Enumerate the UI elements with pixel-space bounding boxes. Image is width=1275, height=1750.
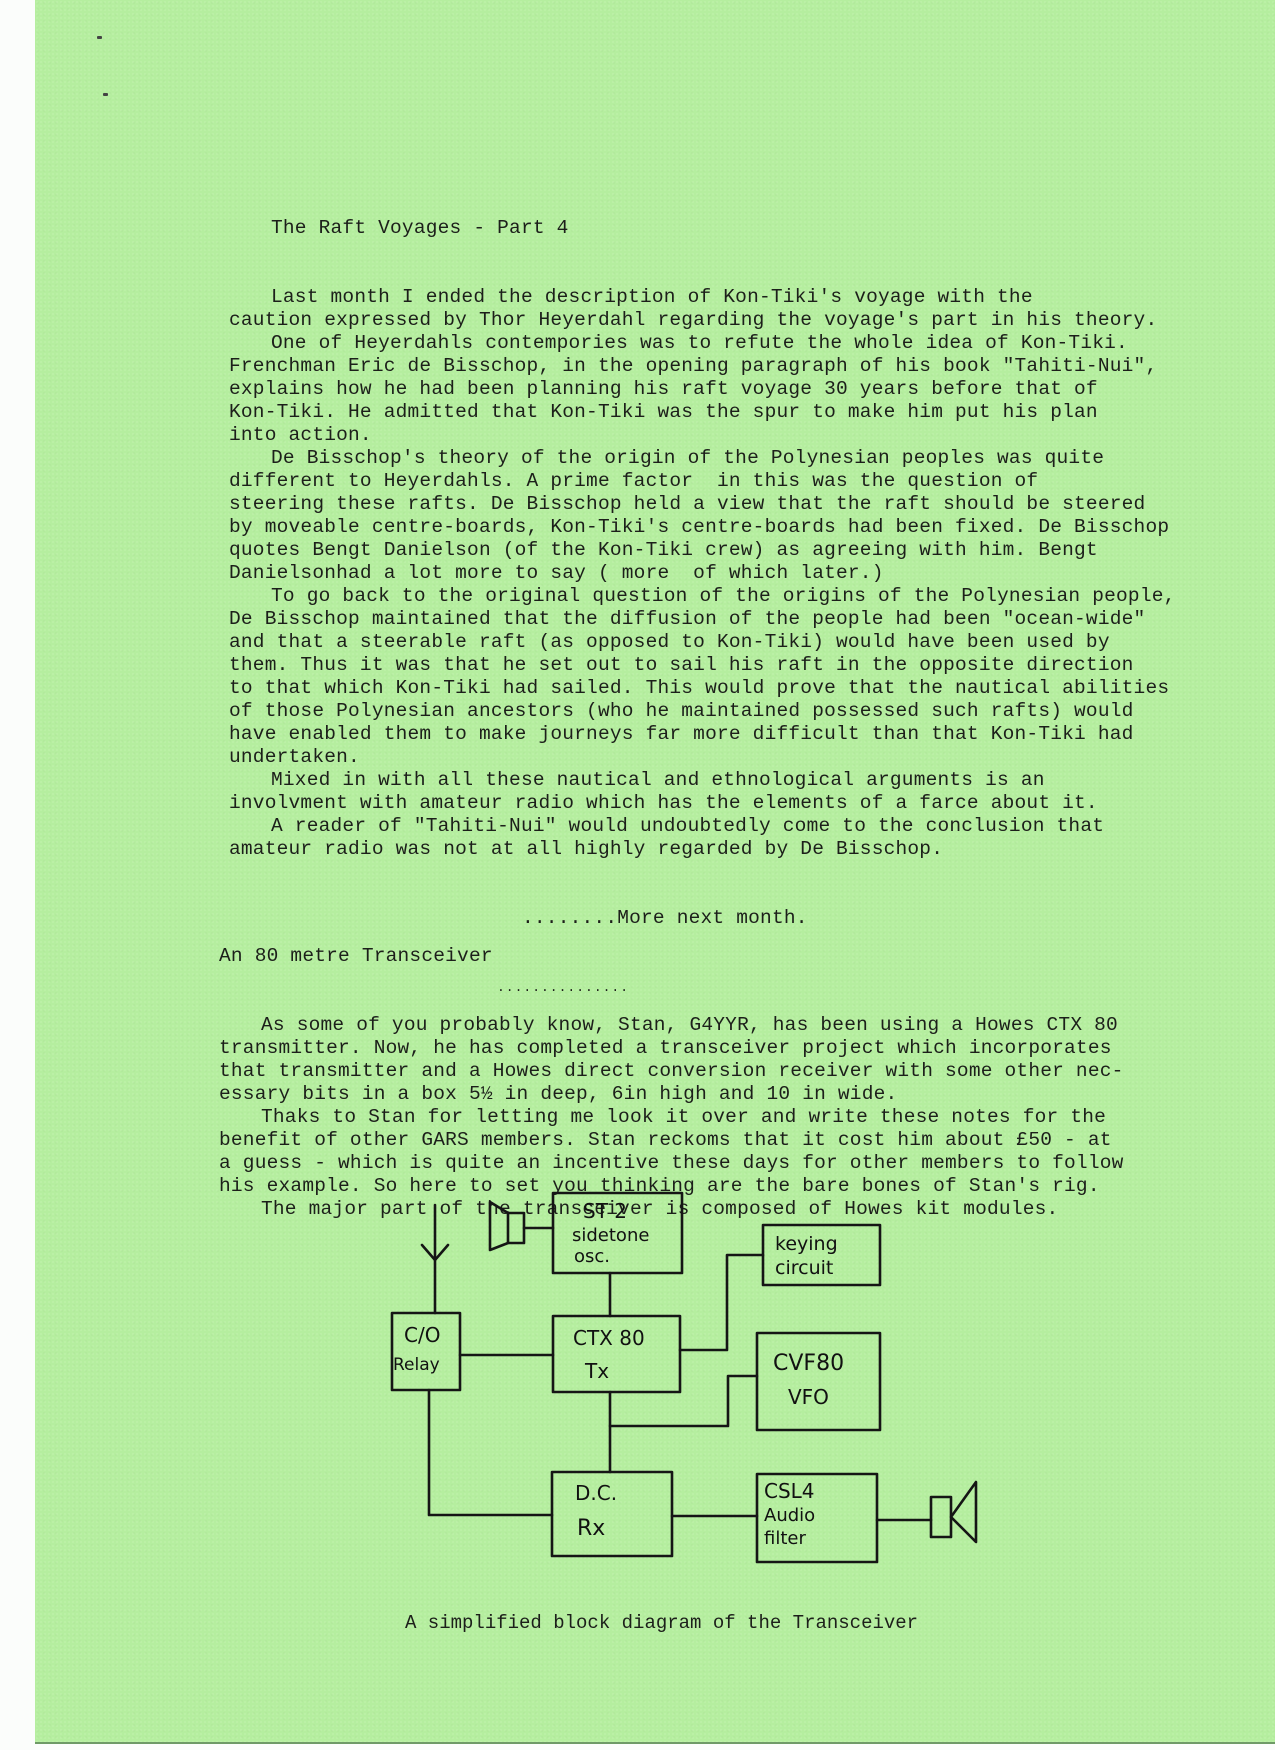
block-label: Tx: [584, 1359, 609, 1383]
antenna-icon: [422, 1205, 448, 1313]
speaker-icon: [490, 1202, 553, 1250]
speaker-icon: [877, 1482, 976, 1542]
block-label: keying: [775, 1233, 838, 1255]
block-label: sidetone: [572, 1225, 649, 1246]
block-label: VFO: [788, 1385, 829, 1409]
block-label: CSL4: [764, 1479, 815, 1503]
block-label: Rx: [577, 1516, 605, 1541]
block-label: CVF80: [773, 1351, 844, 1376]
block-label: C/O: [404, 1323, 440, 1347]
block-label: Audio: [764, 1505, 815, 1526]
block-diagram: ST 2 sidetone osc. keying circuit C/O Re…: [0, 0, 1275, 1750]
block-label: circuit: [775, 1257, 833, 1279]
block-label: filter: [764, 1528, 806, 1549]
diagram-caption: A simplified block diagram of the Transc…: [405, 1612, 918, 1634]
block-label: Relay: [393, 1355, 440, 1375]
block-cvf80: [757, 1333, 880, 1430]
block-label: CTX 80: [573, 1326, 645, 1350]
block-label: osc.: [574, 1246, 610, 1267]
block-label: ST 2: [583, 1199, 627, 1223]
block-label: D.C.: [575, 1481, 617, 1505]
